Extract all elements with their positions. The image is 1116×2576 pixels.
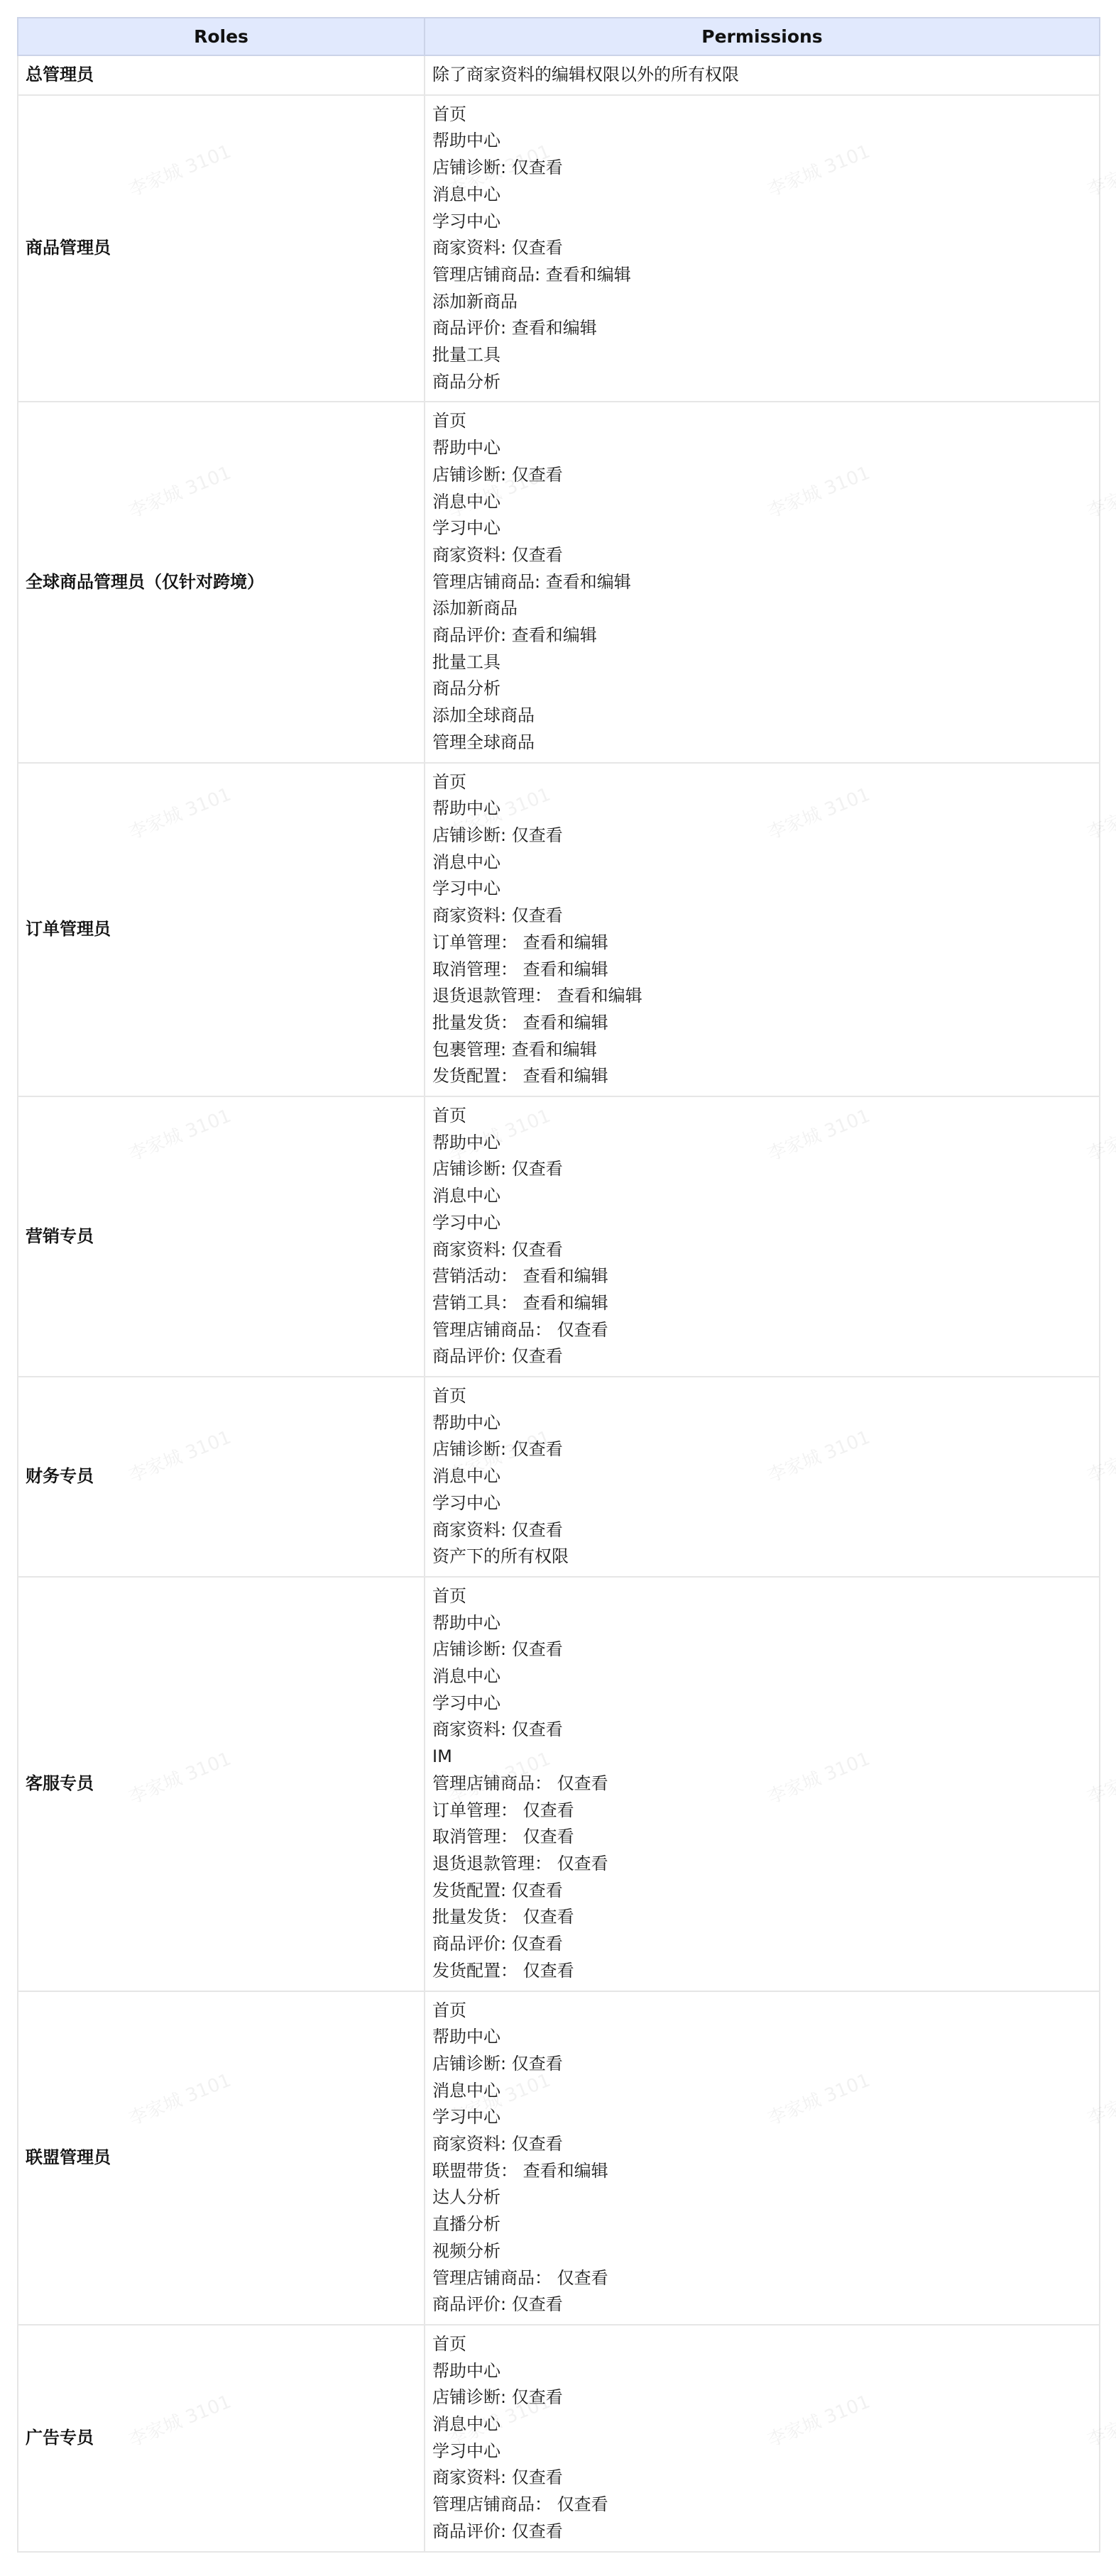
permission-item: 消息中心 <box>432 2078 1092 2105</box>
permission-item: 商家资料: 仅查看 <box>432 1717 1092 1744</box>
table-body: 总管理员除了商家资料的编辑权限以外的所有权限商品管理员首页帮助中心店铺诊断: 仅… <box>18 55 1100 2552</box>
column-header-roles: Roles <box>18 18 425 55</box>
permission-item: 商品评价: 查看和编辑 <box>432 315 1092 342</box>
permission-item: 发货配置： 查看和编辑 <box>432 1063 1092 1090</box>
table-row: 联盟管理员首页帮助中心店铺诊断: 仅查看消息中心学习中心商家资料: 仅查看联盟带… <box>18 1991 1100 2325</box>
permission-item: 店铺诊断: 仅查看 <box>432 1156 1092 1183</box>
column-header-permissions: Permissions <box>425 18 1100 55</box>
permission-item: 首页 <box>432 1383 1092 1410</box>
permission-item: 消息中心 <box>432 1183 1092 1210</box>
permission-item: 店铺诊断: 仅查看 <box>432 2051 1092 2078</box>
permission-item: 发货配置： 仅查看 <box>432 1958 1092 1985</box>
permissions-list: 首页帮助中心店铺诊断: 仅查看消息中心学习中心商家资料: 仅查看管理店铺商品： … <box>425 2325 1100 2552</box>
permission-item: 商家资料: 仅查看 <box>432 903 1092 930</box>
permission-item: 添加新商品 <box>432 595 1092 622</box>
table-header-row: Roles Permissions <box>18 18 1100 55</box>
permissions-list: 除了商家资料的编辑权限以外的所有权限 <box>425 55 1100 95</box>
permissions-list: 首页帮助中心店铺诊断: 仅查看消息中心学习中心商家资料: 仅查看IM管理店铺商品… <box>425 1577 1100 1991</box>
permission-item: 店铺诊断: 仅查看 <box>432 155 1092 182</box>
permission-item: 学习中心 <box>432 1210 1092 1237</box>
role-name: 全球商品管理员（仅针对跨境） <box>18 402 425 762</box>
permission-item: 管理店铺商品： 仅查看 <box>432 2492 1092 2519</box>
permission-item: 批量发货： 查看和编辑 <box>432 1010 1092 1037</box>
table-row: 财务专员首页帮助中心店铺诊断: 仅查看消息中心学习中心商家资料: 仅查看资产下的… <box>18 1377 1100 1577</box>
role-name: 订单管理员 <box>18 763 425 1096</box>
permission-item: 批量工具 <box>432 342 1092 369</box>
permission-item: 帮助中心 <box>432 2024 1092 2051</box>
permission-item: 管理店铺商品: 查看和编辑 <box>432 262 1092 289</box>
permission-item: 首页 <box>432 1103 1092 1130</box>
permission-item: 商家资料: 仅查看 <box>432 1237 1092 1264</box>
permission-item: 联盟带货： 查看和编辑 <box>432 2158 1092 2185</box>
permission-item: 学习中心 <box>432 2438 1092 2465</box>
permission-item: 学习中心 <box>432 515 1092 542</box>
permission-item: 帮助中心 <box>432 1410 1092 1437</box>
permission-item: 学习中心 <box>432 209 1092 236</box>
permission-item: 首页 <box>432 1583 1092 1610</box>
table-row: 营销专员首页帮助中心店铺诊断: 仅查看消息中心学习中心商家资料: 仅查看营销活动… <box>18 1096 1100 1377</box>
permissions-list: 首页帮助中心店铺诊断: 仅查看消息中心学习中心商家资料: 仅查看营销活动： 查看… <box>425 1096 1100 1377</box>
permission-item: 首页 <box>432 769 1092 796</box>
permission-item: 管理全球商品 <box>432 730 1092 756</box>
permission-item: 取消管理： 仅查看 <box>432 1824 1092 1851</box>
permission-item: 管理店铺商品: 查看和编辑 <box>432 569 1092 596</box>
table-row: 全球商品管理员（仅针对跨境）首页帮助中心店铺诊断: 仅查看消息中心学习中心商家资… <box>18 402 1100 762</box>
permission-item: 消息中心 <box>432 1463 1092 1490</box>
permission-item: 商品分析 <box>432 369 1092 396</box>
permission-item: 订单管理： 查看和编辑 <box>432 930 1092 957</box>
permission-item: 批量工具 <box>432 649 1092 676</box>
permission-item: IM <box>432 1744 1092 1771</box>
permission-item: 商品评价: 仅查看 <box>432 2519 1092 2545</box>
permission-item: 商家资料: 仅查看 <box>432 235 1092 262</box>
permission-item: 学习中心 <box>432 1690 1092 1717</box>
permission-item: 帮助中心 <box>432 2358 1092 2385</box>
permission-item: 首页 <box>432 408 1092 435</box>
permission-item: 管理店铺商品： 仅查看 <box>432 2265 1092 2292</box>
permission-item: 消息中心 <box>432 489 1092 516</box>
role-name: 客服专员 <box>18 1577 425 1991</box>
table-row: 广告专员首页帮助中心店铺诊断: 仅查看消息中心学习中心商家资料: 仅查看管理店铺… <box>18 2325 1100 2552</box>
permission-item: 营销活动： 查看和编辑 <box>432 1263 1092 1290</box>
permission-item: 店铺诊断: 仅查看 <box>432 2384 1092 2411</box>
table-row: 总管理员除了商家资料的编辑权限以外的所有权限 <box>18 55 1100 95</box>
permission-item: 店铺诊断: 仅查看 <box>432 462 1092 489</box>
permission-item: 学习中心 <box>432 876 1092 903</box>
permission-item: 首页 <box>432 1998 1092 2025</box>
permission-item: 学习中心 <box>432 1490 1092 1517</box>
permission-item: 资产下的所有权限 <box>432 1543 1092 1570</box>
role-name: 营销专员 <box>18 1096 425 1377</box>
permission-item: 取消管理： 查看和编辑 <box>432 957 1092 984</box>
permission-item: 商品评价: 仅查看 <box>432 1931 1092 1958</box>
permission-item: 包裹管理: 查看和编辑 <box>432 1037 1092 1064</box>
permission-item: 直播分析 <box>432 2211 1092 2238</box>
permission-item: 帮助中心 <box>432 1610 1092 1637</box>
permission-item: 帮助中心 <box>432 796 1092 822</box>
permission-item: 营销工具： 查看和编辑 <box>432 1290 1092 1317</box>
permission-item: 商家资料: 仅查看 <box>432 542 1092 569</box>
permission-item: 学习中心 <box>432 2104 1092 2131</box>
permission-item: 帮助中心 <box>432 128 1092 155</box>
permission-item: 帮助中心 <box>432 1130 1092 1157</box>
permission-item: 商品评价: 仅查看 <box>432 1343 1092 1370</box>
role-name: 广告专员 <box>18 2325 425 2552</box>
permission-item: 商品评价: 仅查看 <box>432 2291 1092 2318</box>
permission-item: 除了商家资料的编辑权限以外的所有权限 <box>432 62 1092 89</box>
permission-item: 消息中心 <box>432 2411 1092 2438</box>
permission-item: 消息中心 <box>432 182 1092 209</box>
permission-item: 添加全球商品 <box>432 703 1092 730</box>
permission-item: 添加新商品 <box>432 289 1092 316</box>
permissions-list: 首页帮助中心店铺诊断: 仅查看消息中心学习中心商家资料: 仅查看订单管理： 查看… <box>425 763 1100 1096</box>
permission-item: 管理店铺商品： 仅查看 <box>432 1771 1092 1798</box>
permission-item: 视频分析 <box>432 2238 1092 2265</box>
permissions-list: 首页帮助中心店铺诊断: 仅查看消息中心学习中心商家资料: 仅查看资产下的所有权限 <box>425 1377 1100 1577</box>
table-row: 客服专员首页帮助中心店铺诊断: 仅查看消息中心学习中心商家资料: 仅查看IM管理… <box>18 1577 1100 1991</box>
permission-item: 店铺诊断: 仅查看 <box>432 1436 1092 1463</box>
permission-item: 批量发货： 仅查看 <box>432 1904 1092 1931</box>
role-name: 财务专员 <box>18 1377 425 1577</box>
table-row: 商品管理员首页帮助中心店铺诊断: 仅查看消息中心学习中心商家资料: 仅查看管理店… <box>18 95 1100 402</box>
permission-item: 首页 <box>432 101 1092 128</box>
permissions-list: 首页帮助中心店铺诊断: 仅查看消息中心学习中心商家资料: 仅查看联盟带货： 查看… <box>425 1991 1100 2325</box>
permission-item: 达人分析 <box>432 2184 1092 2211</box>
role-name: 商品管理员 <box>18 95 425 402</box>
role-name: 总管理员 <box>18 55 425 95</box>
role-name: 联盟管理员 <box>18 1991 425 2325</box>
permission-item: 退货退款管理： 查看和编辑 <box>432 983 1092 1010</box>
permission-item: 商品分析 <box>432 676 1092 703</box>
roles-permissions-table: Roles Permissions 总管理员除了商家资料的编辑权限以外的所有权限… <box>17 17 1100 2553</box>
permission-item: 店铺诊断: 仅查看 <box>432 1636 1092 1663</box>
permission-item: 消息中心 <box>432 1663 1092 1690</box>
permission-item: 管理店铺商品： 仅查看 <box>432 1317 1092 1344</box>
permission-item: 商家资料: 仅查看 <box>432 2131 1092 2158</box>
table-row: 订单管理员首页帮助中心店铺诊断: 仅查看消息中心学习中心商家资料: 仅查看订单管… <box>18 763 1100 1096</box>
permissions-list: 首页帮助中心店铺诊断: 仅查看消息中心学习中心商家资料: 仅查看管理店铺商品: … <box>425 95 1100 402</box>
permission-item: 商家资料: 仅查看 <box>432 2465 1092 2492</box>
permission-item: 订单管理： 仅查看 <box>432 1798 1092 1824</box>
permission-item: 消息中心 <box>432 849 1092 876</box>
permissions-list: 首页帮助中心店铺诊断: 仅查看消息中心学习中心商家资料: 仅查看管理店铺商品: … <box>425 402 1100 762</box>
permissions-document: Roles Permissions 总管理员除了商家资料的编辑权限以外的所有权限… <box>17 17 1099 2553</box>
permission-item: 帮助中心 <box>432 435 1092 462</box>
permission-item: 商家资料: 仅查看 <box>432 1517 1092 1544</box>
permission-item: 商品评价: 查看和编辑 <box>432 622 1092 649</box>
permission-item: 首页 <box>432 2331 1092 2358</box>
permission-item: 发货配置: 仅查看 <box>432 1878 1092 1905</box>
permission-item: 退货退款管理： 仅查看 <box>432 1851 1092 1878</box>
permission-item: 店铺诊断: 仅查看 <box>432 822 1092 849</box>
